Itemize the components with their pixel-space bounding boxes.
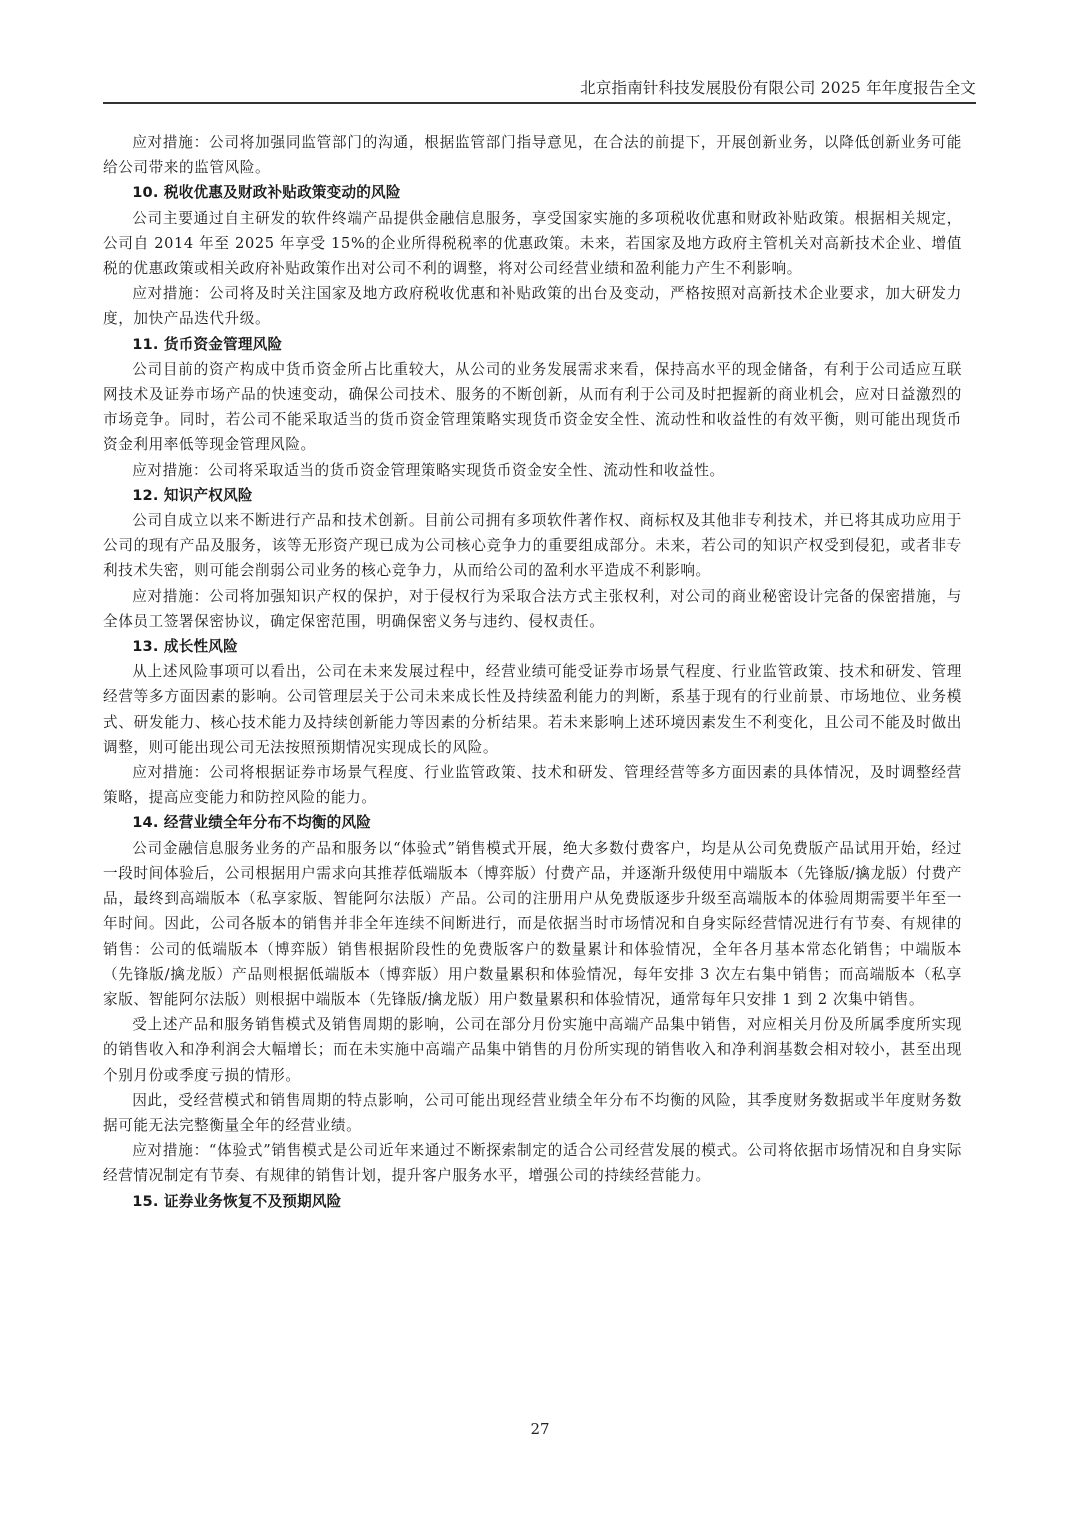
section-heading-12: 12. 知识产权风险 (103, 483, 962, 508)
paragraph: 从上述风险事项可以看出，公司在未来发展过程中，经营业绩可能受证券市场景气程度、行… (103, 659, 962, 760)
paragraph: 公司自成立以来不断进行产品和技术创新。目前公司拥有多项软件著作权、商标权及其他非… (103, 508, 962, 584)
paragraph: 应对措施：“体验式”销售模式是公司近年来通过不断探索制定的适合公司经营发展的模式… (103, 1138, 962, 1188)
section-heading-14: 14. 经营业绩全年分布不均衡的风险 (103, 810, 962, 835)
paragraph: 应对措施：公司将加强知识产权的保护，对于侵权行为采取合法方式主张权利，对公司的商… (103, 584, 962, 634)
section-heading-10: 10. 税收优惠及财政补贴政策变动的风险 (103, 180, 962, 205)
paragraph: 公司主要通过自主研发的软件终端产品提供金融信息服务，享受国家实施的多项税收优惠和… (103, 206, 962, 282)
header-divider (103, 102, 976, 104)
section-heading-15: 15. 证券业务恢复不及预期风险 (103, 1189, 962, 1214)
paragraph: 因此，受经营模式和销售周期的特点影响，公司可能出现经营业绩全年分布不均衡的风险，… (103, 1088, 962, 1138)
paragraph: 公司金融信息服务业务的产品和服务以“体验式”销售模式开展，绝大多数付费客户，均是… (103, 836, 962, 1012)
paragraph: 应对措施：公司将加强同监管部门的沟通，根据监管部门指导意见，在合法的前提下，开展… (103, 130, 962, 180)
paragraph: 应对措施：公司将采取适当的货币资金管理策略实现货币资金安全性、流动性和收益性。 (103, 458, 962, 483)
page-number: 27 (0, 1420, 1080, 1438)
paragraph: 公司目前的资产构成中货币资金所占比重较大，从公司的业务发展需求来看，保持高水平的… (103, 357, 962, 458)
running-header: 北京指南针科技发展股份有限公司 2025 年年度报告全文 (103, 76, 976, 98)
paragraph: 受上述产品和服务销售模式及销售周期的影响，公司在部分月份实施中高端产品集中销售，… (103, 1012, 962, 1088)
paragraph: 应对措施：公司将及时关注国家及地方政府税收优惠和补贴政策的出台及变动，严格按照对… (103, 281, 962, 331)
section-heading-13: 13. 成长性风险 (103, 634, 962, 659)
section-heading-11: 11. 货币资金管理风险 (103, 332, 962, 357)
paragraph: 应对措施：公司将根据证券市场景气程度、行业监管政策、技术和研发、管理经营等多方面… (103, 760, 962, 810)
page-body: 应对措施：公司将加强同监管部门的沟通，根据监管部门指导意见，在合法的前提下，开展… (103, 130, 962, 1214)
